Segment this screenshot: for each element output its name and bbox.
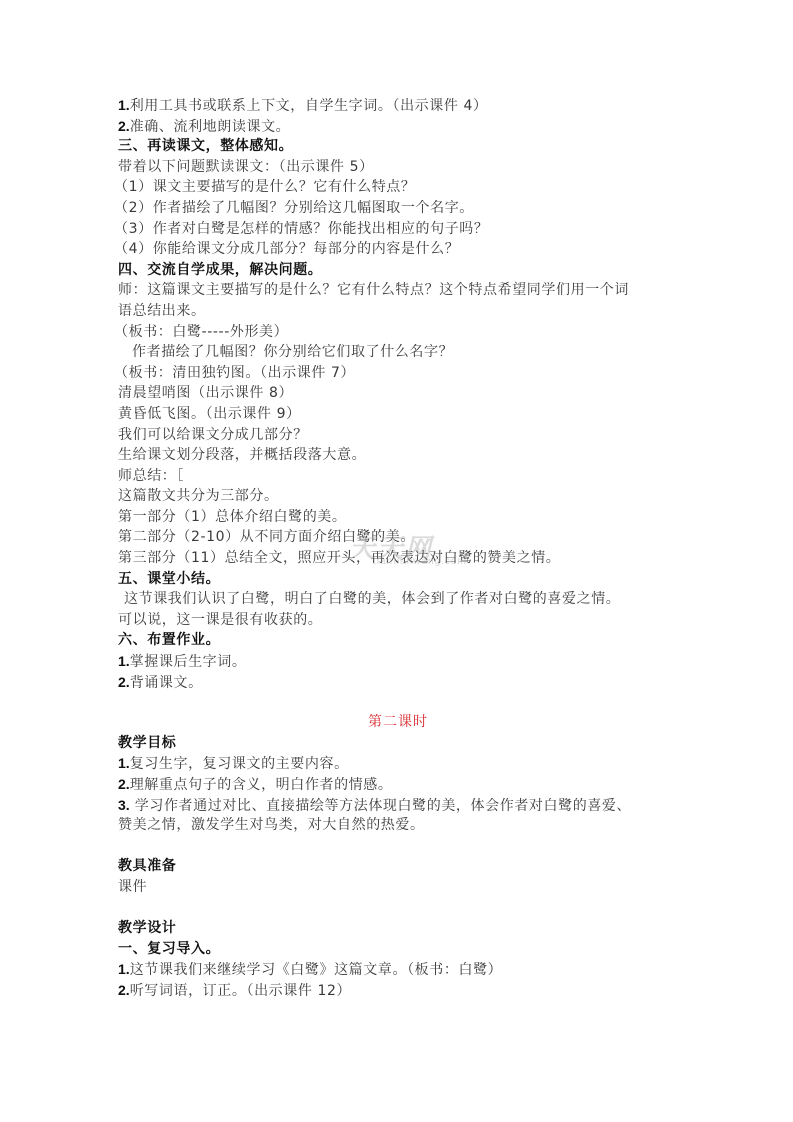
question-item: （1）课文主要描写的是什么？它有什么特点？ — [114, 177, 678, 198]
section-heading: 六、布置作业。 — [118, 630, 678, 651]
spacer — [118, 692, 678, 712]
list-item: 2.理解重点句子的含义，明白作者的情感。 — [118, 774, 678, 795]
paragraph: 第三部分（11）总结全文，照应开头，再次表达对白鹭的赞美之情。 — [118, 548, 678, 569]
blackboard-note: （板书：清田独钓图。（出示课件 7） — [114, 363, 678, 384]
paragraph: 师总结：［ — [118, 466, 678, 487]
paragraph: 黄昏低飞图。（出示课件 9） — [118, 404, 678, 425]
paragraph: 清晨望哨图（出示课件 8） — [118, 383, 678, 404]
question-item: （4）你能给课文分成几部分？每部分的内容是什么？ — [114, 239, 678, 260]
tools-text: 课件 — [118, 877, 678, 898]
document-page: 1.利用工具书或联系上下文，自学生字词。（出示课件 4） 2.准确、流利地朗读课… — [118, 95, 678, 1001]
section-heading: 四、交流自学成果，解决问题。 — [118, 260, 678, 281]
paragraph: 语总结出来。 — [118, 301, 678, 322]
paragraph: 师：这篇课文主要描写的是什么？它有什么特点？这个特点希望同学们用一个词 — [118, 280, 678, 301]
list-item: 1.复习生字，复习课文的主要内容。 — [118, 753, 678, 774]
question-item: （2）作者描绘了几幅图？分别给这几幅图取一个名字。 — [114, 198, 678, 219]
section-heading: 一、复习导入。 — [118, 939, 678, 960]
blackboard-note: （板书：白鹭-----外形美） — [114, 322, 678, 343]
list-item: 2.背诵课文。 — [118, 672, 678, 693]
goals-heading: 教学目标 — [118, 733, 678, 754]
tools-heading: 教具准备 — [118, 856, 678, 877]
paragraph: 第一部分（1）总体介绍白鹭的美。 — [118, 507, 678, 528]
paragraph: 第二部分（2-10）从不同方面介绍白鹭的美。 — [118, 527, 678, 548]
paragraph: 可以说，这一课是很有收获的。 — [118, 610, 678, 631]
section-heading: 五、课堂小结。 — [118, 569, 678, 590]
paragraph: 我们可以给课文分成几部分？ — [118, 425, 678, 446]
list-item: 1.掌握课后生字词。 — [118, 651, 678, 672]
list-item: 3. 学习作者通过对比、直接描绘等方法体现白鹭的美，体会作者对白鹭的喜爱、 — [118, 795, 678, 816]
section-heading: 三、再读课文，整体感知。 — [118, 136, 678, 157]
design-heading: 教学设计 — [118, 918, 678, 939]
lesson-part-2: 第二课时 教学目标 1.复习生字，复习课文的主要内容。 2.理解重点句子的含义，… — [118, 712, 678, 1000]
list-item: 1.利用工具书或联系上下文，自学生字词。（出示课件 4） — [118, 95, 678, 116]
paragraph: 作者描绘了几幅图？你分别给它们取了什么名字？ — [118, 342, 678, 363]
spacer — [118, 836, 678, 857]
paragraph: 这节课我们认识了白鹭，明白了白鹭的美，体会到了作者对白鹭的喜爱之情。 — [118, 589, 678, 610]
list-item: 2.听写词语，订正。（出示课件 12） — [118, 980, 678, 1001]
lesson-title: 第二课时 — [118, 712, 678, 733]
paragraph: 生给课文划分段落，并概括段落大意。 — [118, 445, 678, 466]
lesson-part-1: 1.利用工具书或联系上下文，自学生字词。（出示课件 4） 2.准确、流利地朗读课… — [118, 95, 678, 692]
list-item: 2.准确、流利地朗读课文。 — [118, 116, 678, 137]
list-item: 1.这节课我们来继续学习《白鹭》这篇文章。（板书：白鹭） — [118, 959, 678, 980]
spacer — [118, 898, 678, 919]
paragraph: 带着以下问题默读课文：（出示课件 5） — [118, 157, 678, 178]
question-item: （3）作者对白鹭是怎样的情感？你能找出相应的句子吗？ — [114, 219, 678, 240]
list-item-continued: 赞美之情，激发学生对鸟类，对大自然的热爱。 — [118, 815, 678, 836]
paragraph: 这篇散文共分为三部分。 — [118, 486, 678, 507]
